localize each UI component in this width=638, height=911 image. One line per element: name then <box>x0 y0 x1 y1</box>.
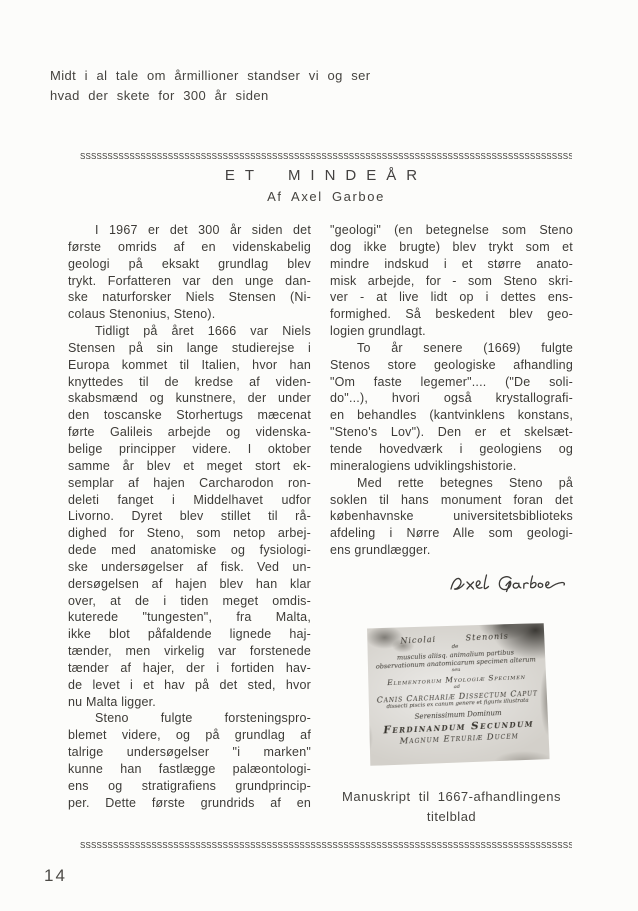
text-line: do"...), hvori også krystallografi- <box>330 390 573 407</box>
intro-line: hvad der skete for 300 år siden <box>50 86 410 106</box>
manuscript-photo: Nicolai Stenonis de musculis aliisq. ani… <box>364 623 549 766</box>
divider-rule-top: SSSSSSSSSSSSSSSSSSSSSSSSSSSSSSSSSSSSSSSS… <box>80 152 572 163</box>
text-line: trykt. Forfatteren var den unge dan- <box>68 273 311 290</box>
text-line: kunne han fastlægge palæontologi- <box>68 761 311 778</box>
text-line: ske undersøgelser af fisk. Ved un- <box>68 559 311 576</box>
author-signature <box>330 567 573 599</box>
text-line: tænder, men virkelig var forstenede <box>68 643 311 660</box>
text-line: samme år blev et meget stort ek- <box>68 458 311 475</box>
text-line: ske naturforsker Niels Stensen (Ni- <box>68 289 311 306</box>
intro-note: Midt i al tale om årmillioner standser v… <box>50 66 410 105</box>
text-line: dighed for Steno, som netop arbej- <box>68 525 311 542</box>
right-column-text: "geologi" (en betegnelse som Stenodog ik… <box>330 222 573 559</box>
paragraph: Tidligt på året 1666 var NielsStensen på… <box>68 323 311 710</box>
left-column: I 1967 er det 300 år siden detførste omr… <box>68 222 311 812</box>
text-line: mindre indskud i et større anato- <box>330 256 573 273</box>
article-title: ET MINDEÅR <box>80 167 572 184</box>
divider-rule-bottom: SSSSSSSSSSSSSSSSSSSSSSSSSSSSSSSSSSSSSSSS… <box>80 841 572 852</box>
text-line: belige principper videre. I oktober <box>68 441 311 458</box>
text-line: per. Dette første grundrids af en <box>68 795 311 812</box>
text-line: tende hovedværk i geologiens og <box>330 441 573 458</box>
text-line: "geologi" (en betegnelse som Steno <box>330 222 573 239</box>
text-line: dersøgelsen af hajen blev han klar <box>68 576 311 593</box>
text-line: talrige undersøgelser "i marken" <box>68 744 311 761</box>
text-line: Steno fulgte forsteningspro- <box>68 710 311 727</box>
text-line: semplar af hajen Carcharodon ron- <box>68 475 311 492</box>
text-line: logien grundlagt. <box>330 323 573 340</box>
right-column: "geologi" (en betegnelse som Stenodog ik… <box>330 222 573 828</box>
text-line: ver - at live lidt op i dettes ens- <box>330 289 573 306</box>
intro-line: Midt i al tale om årmillioner standser v… <box>50 66 410 86</box>
paragraph: Med rette betegnes Steno påsoklen til ha… <box>330 475 573 559</box>
text-line: ikke blot påfaldende lignede haj- <box>68 626 311 643</box>
text-line: "Om faste legemer".... ("De soli- <box>330 374 573 391</box>
caption-line: Manuskript til 1667-afhandlingens <box>330 787 573 808</box>
text-line: skabsmænd og kunstnere, der under <box>68 390 311 407</box>
text-line: misk arbejde, for - som Steno skri- <box>330 273 573 290</box>
caption-line: titelblad <box>330 807 573 828</box>
scanned-journal-page: Midt i al tale om årmillioner standser v… <box>0 0 638 911</box>
text-line: dog ikke brugte) blev trykt som et <box>330 239 573 256</box>
text-line: Stenos store geologiske afhandling <box>330 357 573 374</box>
signature-handwriting-icon <box>443 567 571 599</box>
paragraph: Steno fulgte forsteningspro-blemet vider… <box>68 710 311 811</box>
text-line: ens grundlægger. <box>330 542 573 559</box>
text-line: københavnske universitetsbiblioteks <box>330 508 573 525</box>
text-line: formighed. Så beskedent blev geo- <box>330 306 573 323</box>
page-number: 14 <box>44 866 67 886</box>
text-line: To år senere (1669) fulgte <box>330 340 573 357</box>
text-line: Europa kommet til Italien, hvor han <box>68 357 311 374</box>
text-line: deleti fanget i Middelhavet udfor <box>68 492 311 509</box>
text-line: Livorno. Dyret blev stillet til rå- <box>68 508 311 525</box>
text-line: Stensen på sin lange studierejse i <box>68 340 311 357</box>
text-line: over, at de i tiden meget omdis- <box>68 593 311 610</box>
paragraph: To år senere (1669) fulgteStenos store g… <box>330 340 573 475</box>
text-line: dede med anatomiske og fysiologi- <box>68 542 311 559</box>
text-line: ens og stratigrafiens grundprincip- <box>68 778 311 795</box>
text-line: afdeling i Nørre Alle som geologi- <box>330 525 573 542</box>
manuscript-handwriting: Nicolai Stenonis de musculis aliisq. ani… <box>367 630 548 748</box>
text-line: knyttedes til de kredse af viden- <box>68 374 311 391</box>
text-line: tænder af hajer, der i fortiden hav- <box>68 660 311 677</box>
text-line: en behandles (kantvinklens konstans, <box>330 407 573 424</box>
text-line: første omrids af en videnskabelig <box>68 239 311 256</box>
article-byline: Af Axel Garboe <box>80 189 572 204</box>
text-line: mineralogiens udviklingshistorie. <box>330 458 573 475</box>
text-line: colaus Stenonius, Steno). <box>68 306 311 323</box>
text-line: de levet i et hav på det sted, hvor <box>68 677 311 694</box>
text-line: I 1967 er det 300 år siden det <box>68 222 311 239</box>
text-line: Med rette betegnes Steno på <box>330 475 573 492</box>
text-line: Tidligt på året 1666 var Niels <box>68 323 311 340</box>
paragraph: "geologi" (en betegnelse som Stenodog ik… <box>330 222 573 340</box>
text-line: "Steno's Lov"). Den er et skelsæt- <box>330 424 573 441</box>
text-line: kuterede "tungesten", fra Malta, <box>68 609 311 626</box>
text-line: den toscanske Storhertugs mæcenat <box>68 407 311 424</box>
text-line: soklen til hans monument foran det <box>330 492 573 509</box>
paragraph: I 1967 er det 300 år siden detførste omr… <box>68 222 311 323</box>
text-line: førte Galileis arbejde og videnska- <box>68 424 311 441</box>
text-line: geologi på eksakt grundlag blev <box>68 256 311 273</box>
text-line: blemet videre, og på grundlag af <box>68 727 311 744</box>
manuscript-caption: Manuskript til 1667-afhandlingens titelb… <box>330 787 573 828</box>
text-line: nu Malta ligger. <box>68 694 311 711</box>
